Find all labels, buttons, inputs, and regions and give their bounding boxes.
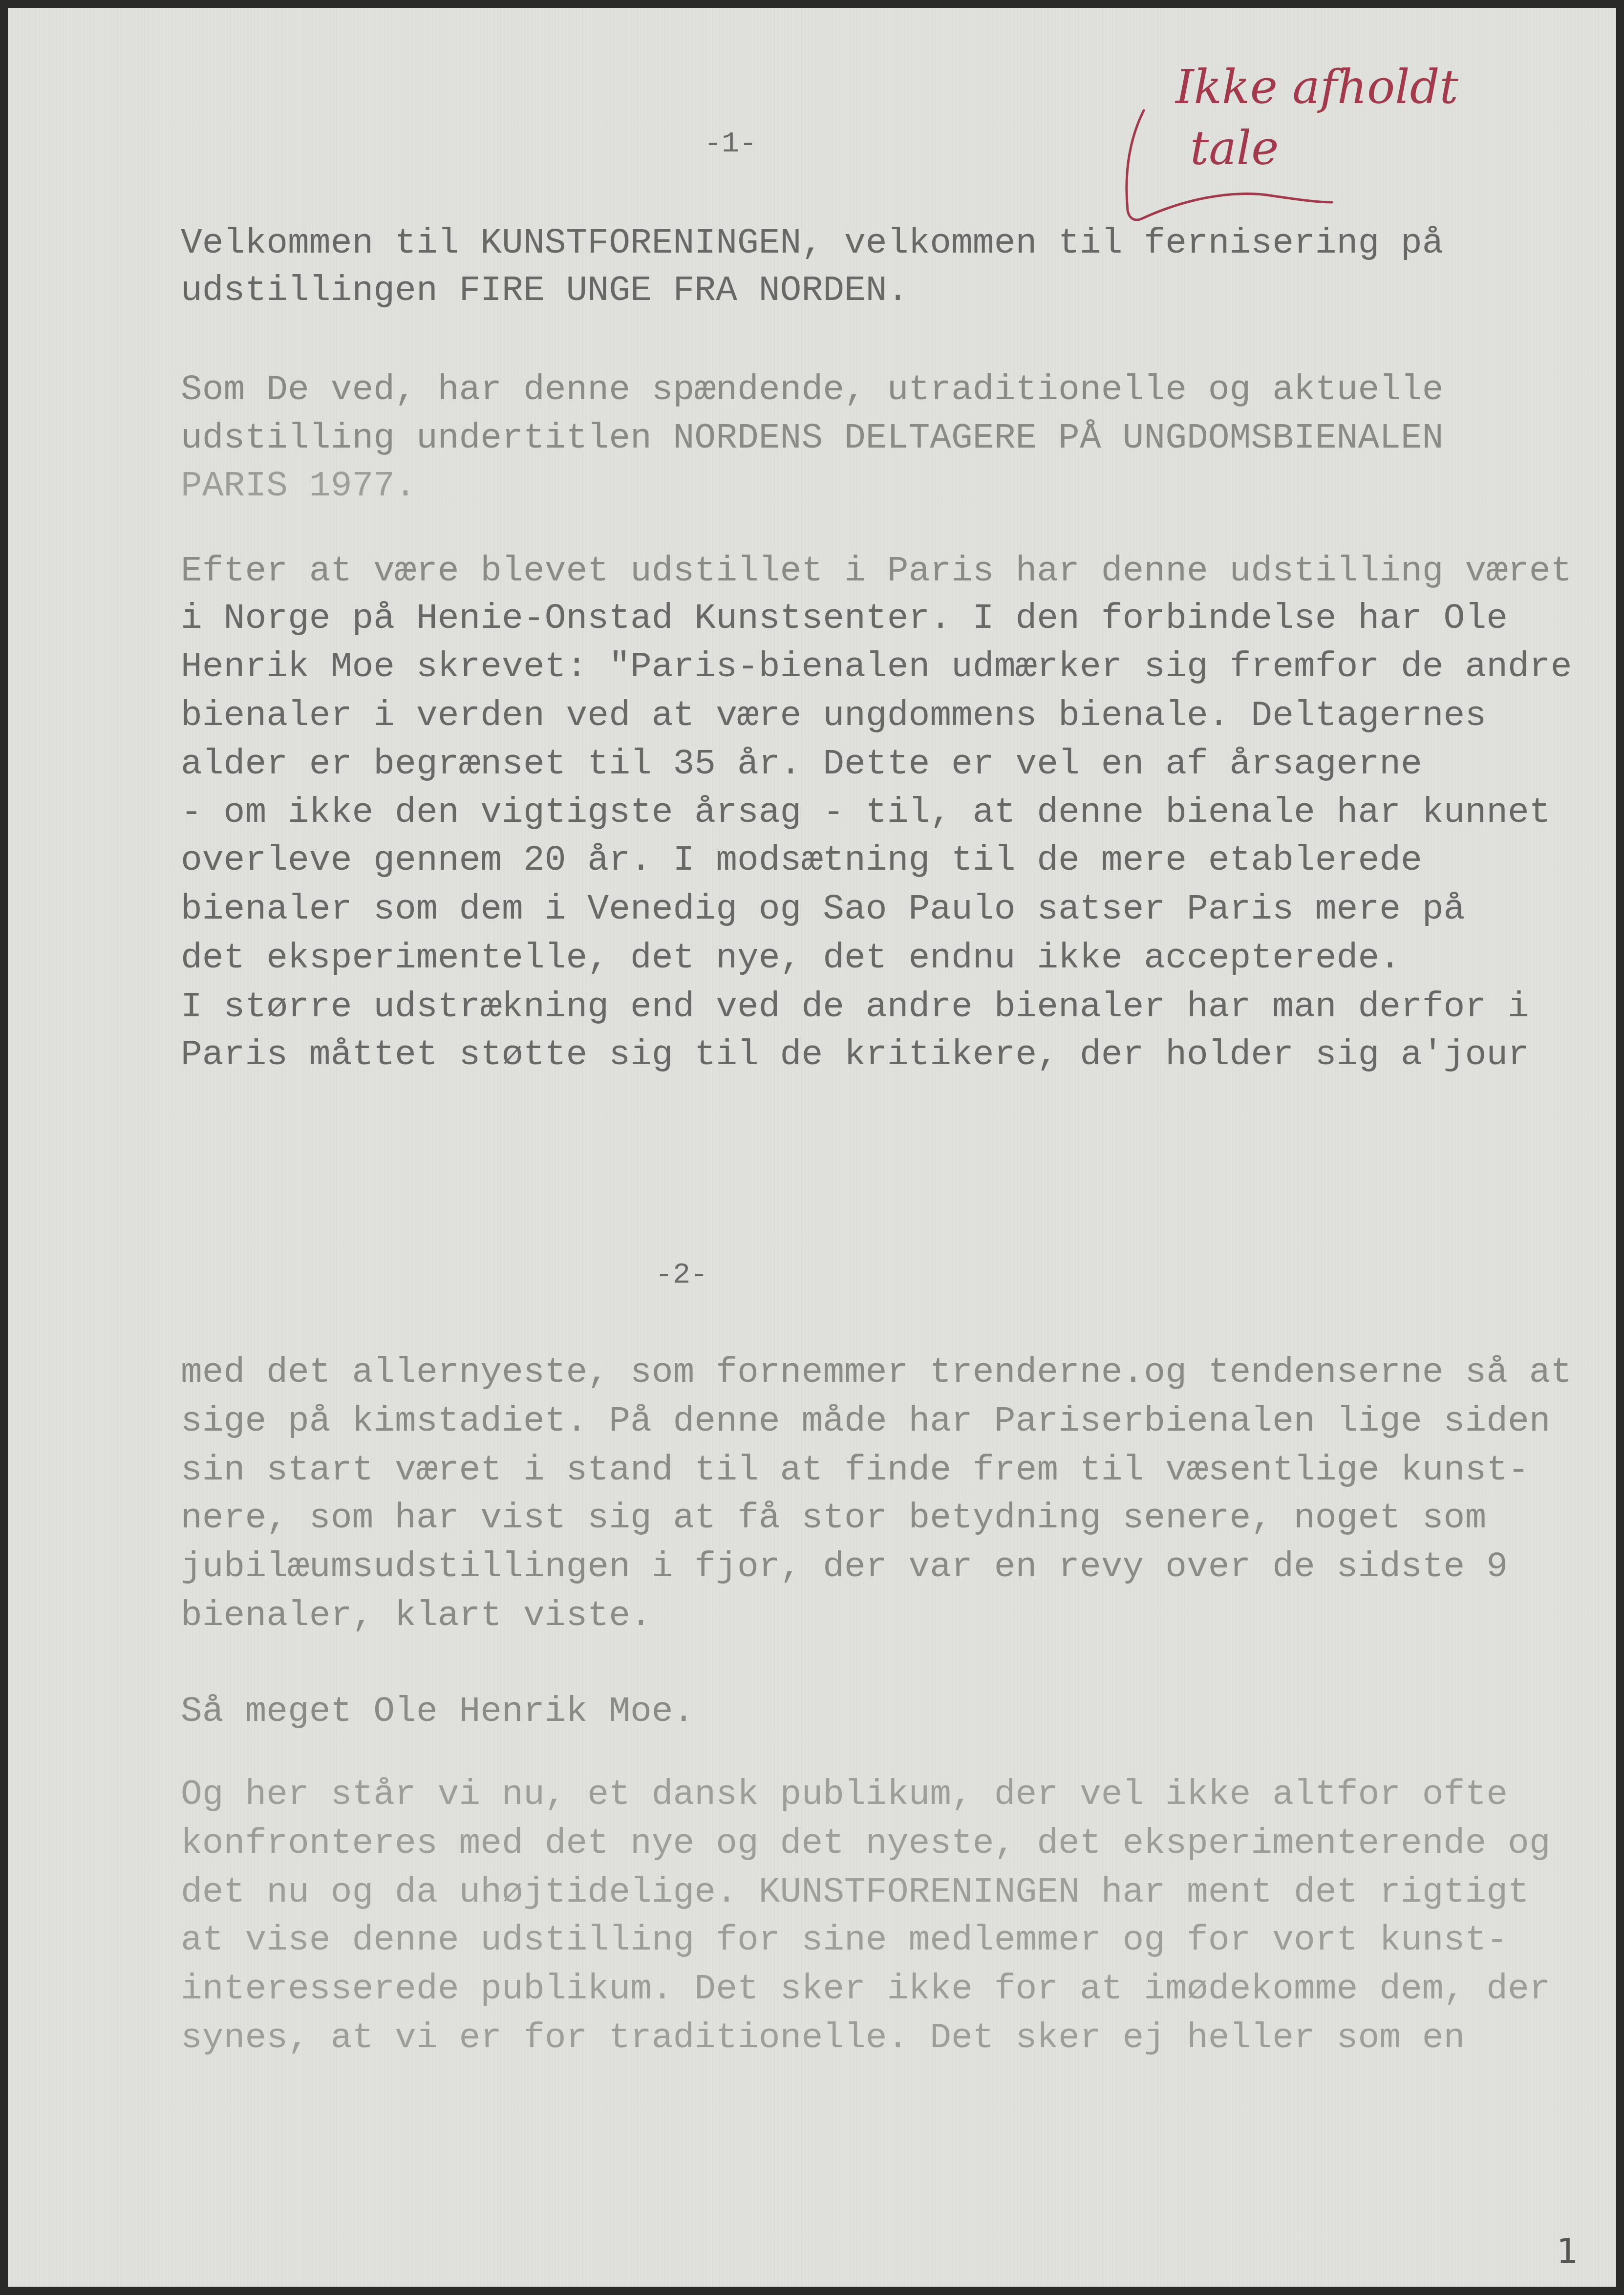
text-line: udstilling undertitlen NORDENS DELTAGERE… (181, 420, 1444, 456)
text-line: overleve gennem 20 år. I modsætning til … (181, 842, 1422, 878)
text-line: at vise denne udstilling for sine medlem… (181, 1922, 1508, 1958)
typewritten-page: Ikke afholdt tale -1- Velkommen til KUNS… (8, 8, 1616, 2287)
text-line: konfronteres med det nye og det nyeste, … (181, 1825, 1551, 1861)
folio-number: 1 (1557, 2231, 1579, 2271)
text-line: Efter at være blevet udstillet i Paris h… (181, 553, 1572, 589)
text-line: sige på kimstadiet. På denne måde har Pa… (181, 1403, 1551, 1439)
text-line: i Norge på Henie-Onstad Kunstsenter. I d… (181, 601, 1508, 636)
handwritten-annotation: Ikke afholdt tale (1044, 18, 1483, 213)
text-line: Så meget Ole Henrik Moe. (181, 1694, 694, 1729)
text-line: Velkommen til KUNSTFORENINGEN, velkommen… (181, 225, 1444, 261)
text-line: I større udstrækning end ved de andre bi… (181, 989, 1529, 1025)
text-line: nere, som har vist sig at få stor betydn… (181, 1500, 1486, 1536)
page-marker-1: -1- (704, 128, 757, 161)
text-line: Paris måttet støtte sig til de kritikere… (181, 1037, 1529, 1072)
text-line: bienaler som dem i Venedig og Sao Paulo … (181, 891, 1465, 927)
text-line: det nu og da uhøjtidelige. KUNSTFORENING… (181, 1874, 1529, 1910)
text-line: med det allernyeste, som fornemmer trend… (181, 1354, 1572, 1390)
text-line: Som De ved, har denne spændende, utradit… (181, 372, 1444, 408)
text-line: jubilæumsudstillingen i fjor, der var en… (181, 1549, 1508, 1585)
page-marker-2: -2- (655, 1259, 708, 1292)
annotation-bracket-icon: Ikke afholdt tale (1044, 18, 1483, 213)
text-line: - om ikke den vigtigste årsag - til, at … (181, 794, 1551, 830)
annotation-line-1: Ikke afholdt (1175, 61, 1458, 114)
text-line: bienaler, klart viste. (181, 1598, 652, 1633)
text-line: sin start været i stand til at finde fre… (181, 1452, 1529, 1488)
text-line: Henrik Moe skrevet: "Paris-bienalen udmæ… (181, 649, 1572, 685)
text-line: bienaler i verden ved at være ungdommens… (181, 698, 1486, 733)
annotation-line-2: tale (1190, 122, 1279, 175)
text-line: Og her står vi nu, et dansk publikum, de… (181, 1777, 1508, 1812)
text-line: interesserede publikum. Det sker ikke fo… (181, 1971, 1551, 2007)
text-line: udstillingen FIRE UNGE FRA NORDEN. (181, 273, 908, 308)
text-line: det eksperimentelle, det nye, det endnu … (181, 940, 1401, 976)
text-line: synes, at vi er for traditionelle. Det s… (181, 2020, 1465, 2056)
text-line: PARIS 1977. (181, 468, 416, 504)
text-line: alder er begrænset til 35 år. Dette er v… (181, 746, 1422, 782)
